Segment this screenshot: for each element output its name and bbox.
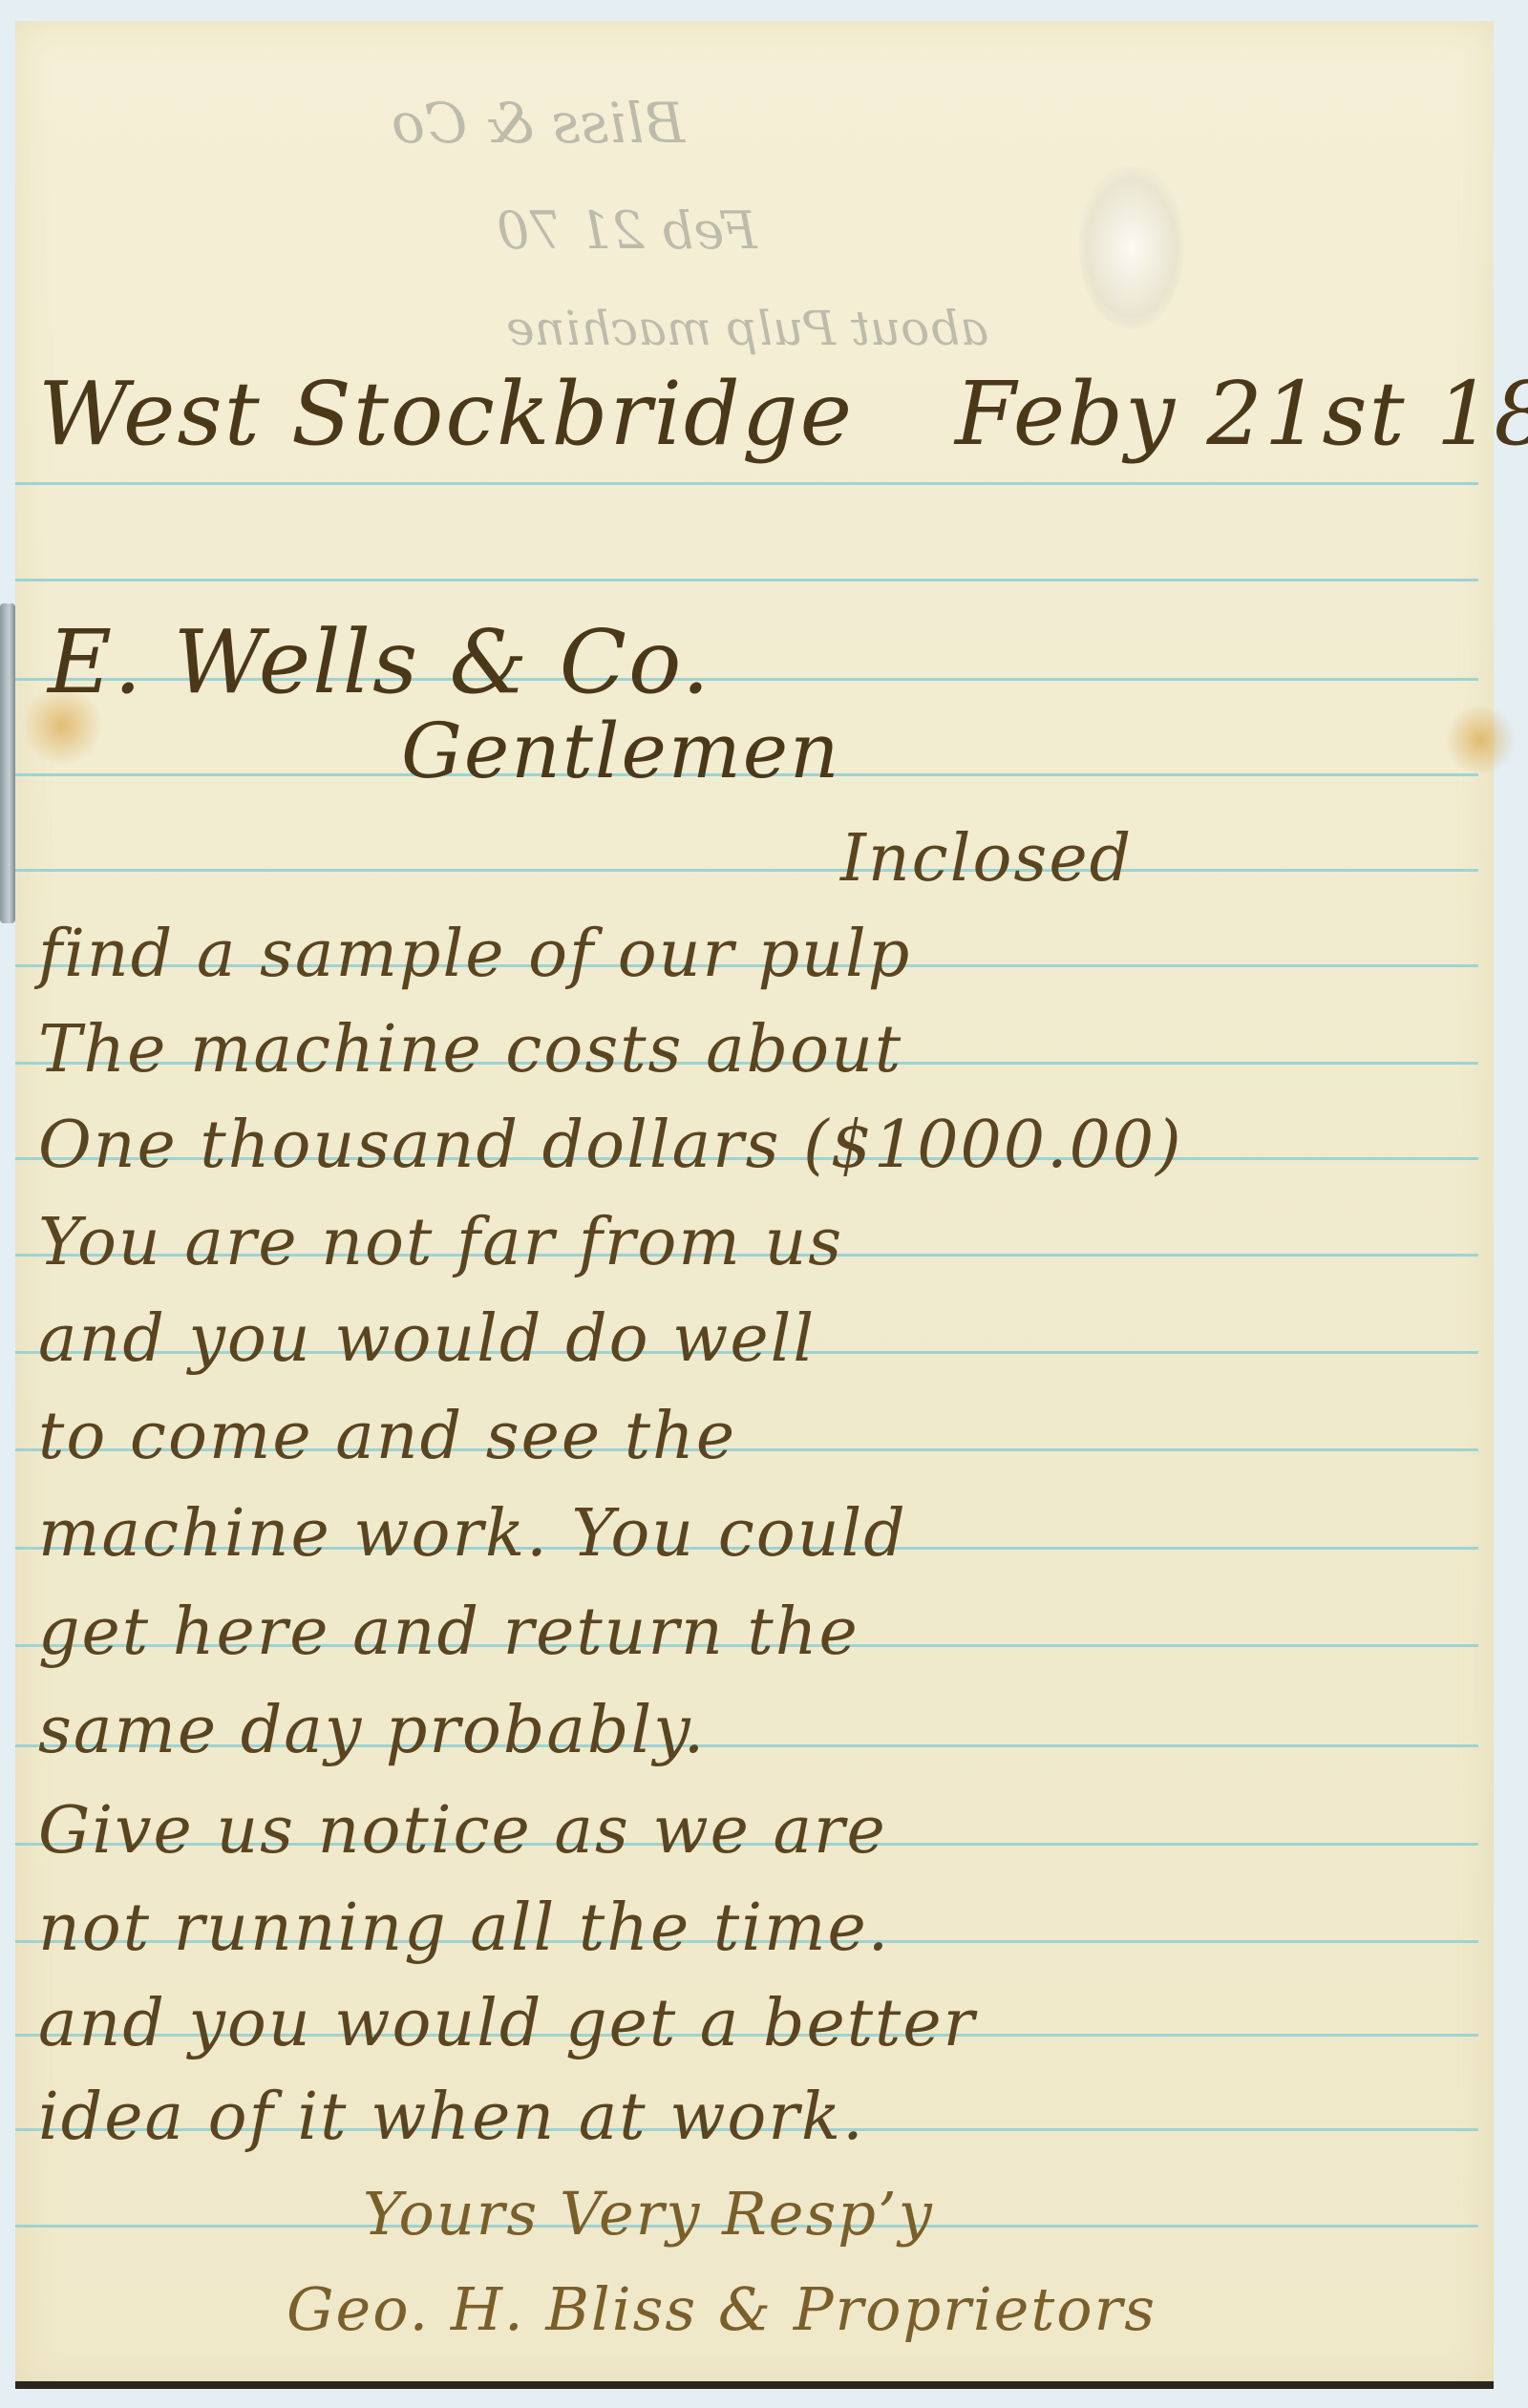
dateline-date: Feby 21st 1870 [955,363,1528,465]
closing: Yours Very Resp’y [363,2179,934,2249]
body-line: Inclosed [840,821,1133,897]
salutation: Gentlemen [401,707,841,795]
ruled-line [15,869,1478,872]
body-line: Give us notice as we are [38,1793,887,1869]
body-line: The machine costs about [38,1012,902,1088]
body-line: find a sample of our pulp [38,917,911,992]
body-line: same day probably. [38,1693,706,1768]
ruled-line [15,482,1478,485]
docket-note: about Pulp machine [506,301,988,356]
dateline-place: West Stockbridge [38,363,854,465]
body-line: idea of it when at work. [38,2080,865,2155]
body-line: and you would do well [38,1301,816,1377]
body-line: get here and return the [38,1595,859,1670]
signature: Geo. H. Bliss & Proprietors [286,2274,1157,2344]
body-line: not running all the time. [38,1890,890,1966]
embossed-stamp [1079,167,1184,329]
body-line: You are not far from us [38,1205,843,1280]
addressee: E. Wells & Co. [48,611,711,713]
docket-note: Feb 21 70 [497,201,757,261]
body-line: and you would get a better [38,1986,976,2061]
binder-clip [0,603,15,923]
body-line: One thousand dollars ($1000.00) [38,1108,1183,1183]
body-line: machine work. You could [38,1496,907,1572]
body-line: to come and see the [38,1399,736,1474]
docket-note: Bliss & Co [392,91,685,156]
ruled-line [15,579,1478,581]
rust-stain [1442,707,1518,773]
